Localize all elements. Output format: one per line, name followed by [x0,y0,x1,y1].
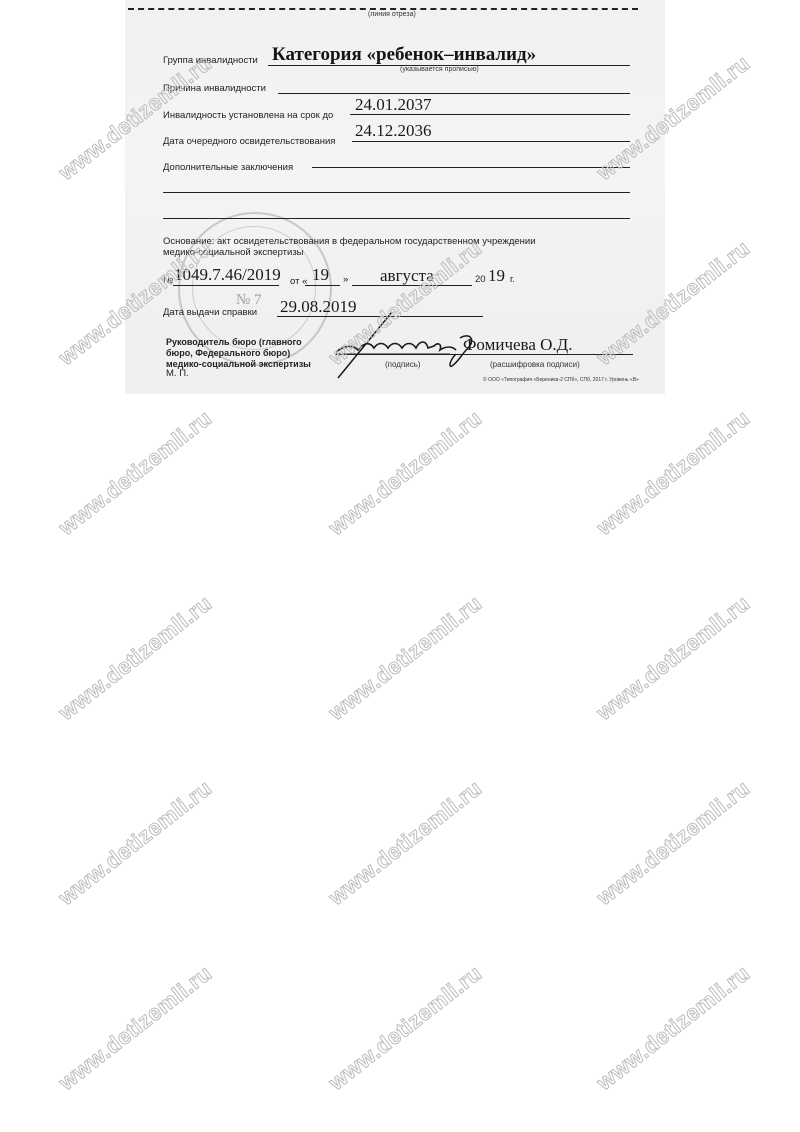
additional-conclusions-line-3 [163,218,630,219]
act-number-prefix: № [163,275,173,286]
cut-line [128,8,638,10]
watermark-text: www.detizemli.ru [54,775,217,911]
printer-credit: © ООО «Типография «Береника-2 СПб», СПб,… [483,377,639,383]
act-day-quote: » [343,274,348,285]
watermark-text: www.detizemli.ru [324,590,487,726]
act-number: 1049.7.46/2019 [174,265,281,285]
act-day: 19 [312,265,329,285]
issue-date-label: Дата выдачи справки [163,307,257,318]
basis-text-line1: Основание: акт освидетельствования в фед… [163,236,536,247]
additional-conclusions-line-2 [163,192,630,193]
next-examination-label: Дата очередного освидетельствования [163,136,335,147]
watermark-text: www.detizemli.ru [54,960,217,1096]
established-until-value: 24.01.2037 [355,95,432,115]
watermark-text: www.detizemli.ru [592,590,755,726]
watermark-text: www.detizemli.ru [54,590,217,726]
next-examination-value: 24.12.2036 [355,121,432,141]
disability-cause-label: Причина инвалидности [163,83,266,94]
disability-group-label: Группа инвалидности [163,55,258,66]
additional-conclusions-label: Дополнительные заключения [163,162,293,173]
watermark-text: www.detizemli.ru [592,960,755,1096]
act-number-line [173,285,279,286]
head-name: Фомичева О.Д. [463,335,573,355]
head-title: Руководитель бюро (главного бюро, Федера… [166,337,311,370]
act-year-label: г. [510,274,515,285]
signature-caption: (подпись) [385,360,421,369]
name-caption: (расшифровка подписи) [490,360,580,369]
act-year: 19 [488,266,505,286]
act-day-line [305,285,340,286]
additional-conclusions-line-1 [312,167,630,168]
established-until-label: Инвалидность установлена на срок до [163,110,333,121]
watermark-text: www.detizemli.ru [592,775,755,911]
watermark-text: www.detizemli.ru [324,405,487,541]
watermark-text: www.detizemli.ru [324,960,487,1096]
next-examination-line [352,141,630,142]
watermark-text: www.detizemli.ru [324,775,487,911]
act-year-prefix: 20 [475,274,486,285]
act-month-line [352,285,472,286]
watermark-text: www.detizemli.ru [592,405,755,541]
established-until-line [350,114,630,115]
act-month: августа [380,266,434,286]
disability-group-value: Категория «ребенок–инвалид» [272,44,536,66]
seal-label: М. П. [166,368,189,379]
watermark-text: www.detizemli.ru [54,405,217,541]
basis-text-line2: медико-социальной экспертизы [163,247,304,258]
disability-group-hint: (указывается прописью) [400,66,479,73]
cut-line-label: (линия отреза) [368,11,416,18]
disability-cause-line [278,93,630,94]
